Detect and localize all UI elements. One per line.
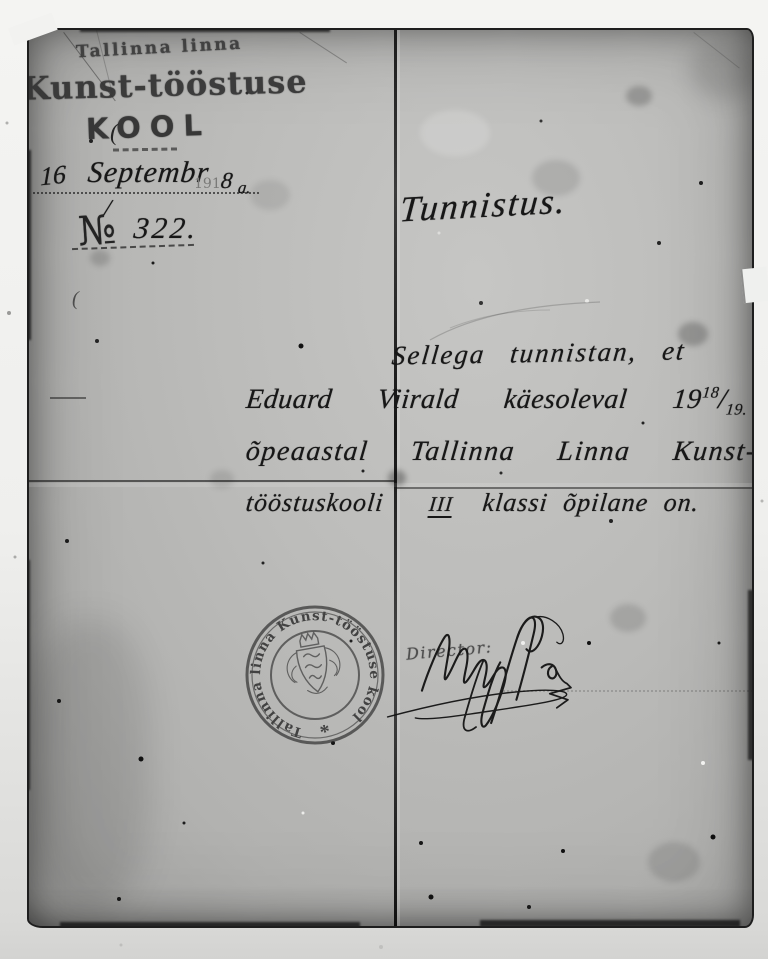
document-paper: ( ( Tallinna linna Kunst-tööstuse KOOL 1… <box>27 28 754 928</box>
stain-spot <box>388 470 406 486</box>
pen-mark <box>50 397 86 399</box>
torn-notch <box>740 267 768 304</box>
seal-star: * <box>318 720 332 743</box>
light-patch <box>420 110 490 156</box>
stain-spot <box>30 620 150 910</box>
year-fraction-denominator: 19. <box>725 402 748 419</box>
paper-edge-shadow <box>60 922 360 928</box>
school-stamp-line-2: Kunst-tööstuse <box>27 62 308 107</box>
certificate-title: Tunnistus. <box>398 180 569 231</box>
school-seal: Tallinna linna Kunst-tööstuse kool * <box>235 595 395 755</box>
school-stamp-line-3: KOOL <box>85 108 211 146</box>
paper-edge-shadow <box>27 150 31 340</box>
body-line-4-text-2: klassi õpilane on. <box>481 488 701 517</box>
stain-spot <box>648 842 700 882</box>
body-line-3: õpeaastal Tallinna Linna Kunst- <box>244 436 754 468</box>
svg-text:Tallinna linna Kunst-tööstuse: Tallinna linna Kunst-tööstuse kool <box>237 597 391 747</box>
date-underline <box>33 176 259 194</box>
body-line-2: Eduard Viirald käesoleval 1918/19. <box>244 384 750 420</box>
document-sheet: ( ( Tallinna linna Kunst-tööstuse KOOL 1… <box>27 28 754 928</box>
number-value: 322. <box>132 212 200 246</box>
school-stamp-line-1: Tallinna linna <box>76 34 244 63</box>
margin-specks <box>0 0 2 2</box>
stain-spot <box>690 40 754 100</box>
crease-line <box>299 32 347 63</box>
stain-spot <box>210 470 234 488</box>
body-line-1: Sellega tunnistan, et <box>390 335 687 371</box>
paper-edge-shadow <box>80 28 330 32</box>
stamp-underline <box>113 147 177 151</box>
body-line-4: tööstuskooli III klassi õpilane on. <box>244 488 701 518</box>
pen-mark: ( <box>72 288 79 311</box>
paper-edge-shadow <box>480 920 740 927</box>
class-numeral: III <box>428 492 455 518</box>
photo-background: ( ( Tallinna linna Kunst-tööstuse KOOL 1… <box>0 0 768 959</box>
seal-ring-text: Tallinna linna Kunst-tööstuse kool <box>237 597 391 747</box>
body-line-4-text-1: tööstuskooli <box>245 488 386 517</box>
seal-ring-inner <box>264 624 366 726</box>
tallinn-coat-of-arms-icon <box>282 629 345 698</box>
director-signature <box>380 550 754 800</box>
stain-spot <box>626 86 652 106</box>
body-line-2-text: Eduard Viirald käesoleval 19 <box>245 384 704 415</box>
